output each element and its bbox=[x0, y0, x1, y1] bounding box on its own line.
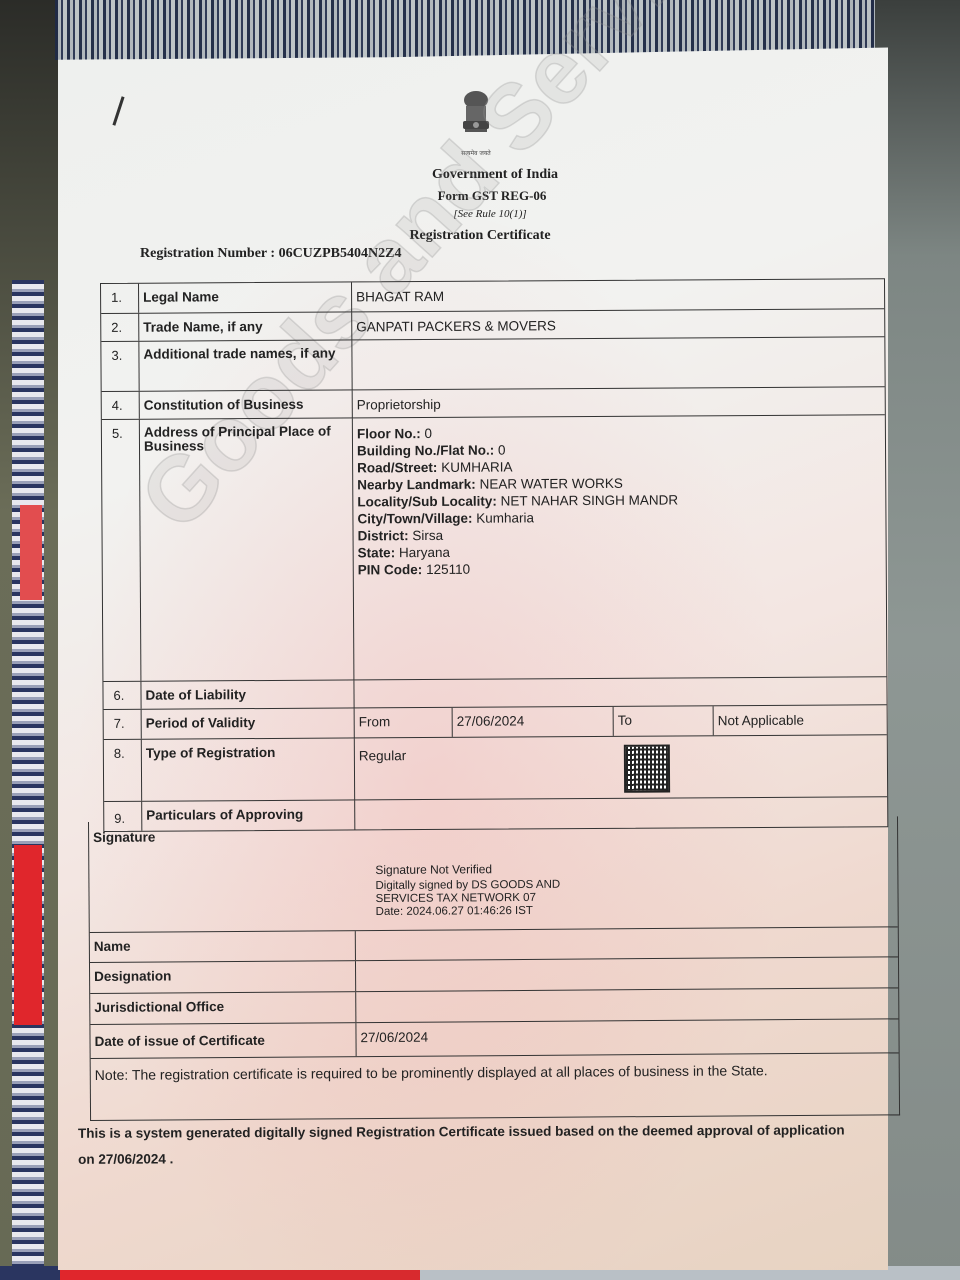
system-generated-notice: This is a system generated digitally sig… bbox=[78, 1117, 918, 1173]
row-label: Trade Name, if any bbox=[139, 312, 352, 340]
registration-number-label: Registration Number : bbox=[140, 246, 275, 261]
digital-signature-block: Signature Not Verified Digitally signed … bbox=[375, 863, 560, 919]
registration-type-value: Regular bbox=[355, 735, 887, 799]
jurisdictional-office-value bbox=[356, 988, 898, 1022]
officer-label: Jurisdictional Office bbox=[90, 992, 356, 1024]
constitution-value: Proprietorship bbox=[353, 387, 885, 417]
officer-row: Designation bbox=[90, 956, 898, 993]
date-of-liability-value bbox=[354, 677, 886, 707]
signature-date: Date: 2024.06.27 01:46:26 IST bbox=[376, 905, 561, 919]
row-number: 8. bbox=[104, 740, 142, 801]
table-row: 5. Address of Principal Place of Busines… bbox=[102, 414, 887, 681]
background-printed-strip bbox=[12, 280, 44, 1280]
signed-by-line: SERVICES TAX NETWORK 07 bbox=[376, 892, 561, 906]
registration-number: Registration Number : 06CUZPB5404N2Z4 bbox=[140, 246, 401, 262]
form-name: Form GST REG-06 bbox=[12, 188, 960, 204]
issue-date-value: 27/06/2024 bbox=[356, 1019, 898, 1056]
legal-name-value: BHAGAT RAM bbox=[352, 279, 884, 311]
row-number: 3. bbox=[101, 342, 139, 391]
validity-to-label: To bbox=[614, 706, 714, 736]
table-row: 1. Legal Name BHAGAT RAM bbox=[101, 279, 884, 313]
government-heading: Government of India bbox=[15, 167, 960, 183]
signed-by-line: Digitally signed by DS GOODS AND bbox=[375, 879, 560, 893]
row-number: 5. bbox=[102, 420, 142, 681]
table-row: 3. Additional trade names, if any bbox=[101, 336, 884, 391]
display-note: Note: The registration certificate is re… bbox=[91, 1053, 899, 1120]
row-number: 6. bbox=[103, 682, 141, 709]
row-label: Period of Validity bbox=[142, 708, 355, 738]
officer-label: Date of issue of Certificate bbox=[90, 1023, 356, 1058]
address-value: Floor No.: 0 Building No./Flat No.: 0 Ro… bbox=[353, 415, 887, 679]
notice-line: This is a system generated digitally sig… bbox=[78, 1117, 918, 1147]
background-red-patch bbox=[20, 505, 42, 600]
additional-trade-names-value bbox=[352, 337, 884, 389]
background-red-patch bbox=[14, 845, 42, 1025]
officer-name-value bbox=[356, 927, 898, 960]
national-emblem: सत्यमेव जयते bbox=[446, 88, 506, 158]
officer-label: Designation bbox=[90, 961, 356, 993]
row-label: Type of Registration bbox=[142, 738, 355, 800]
ashoka-lion-emblem-icon bbox=[456, 88, 496, 144]
row-number: 2. bbox=[101, 314, 139, 341]
table-row: 4. Constitution of Business Proprietorsh… bbox=[102, 386, 885, 419]
table-row: 2. Trade Name, if any GANPATI PACKERS & … bbox=[101, 308, 884, 341]
signature-table: Signature Signature Not Verified Digital… bbox=[88, 816, 900, 1121]
officer-row: Jurisdictional Office bbox=[90, 987, 898, 1024]
trade-name-value: GANPATI PACKERS & MOVERS bbox=[352, 309, 884, 339]
qr-code-icon bbox=[624, 745, 670, 793]
signature-status: Signature Not Verified bbox=[375, 863, 560, 877]
certificate-table: 1. Legal Name BHAGAT RAM 2. Trade Name, … bbox=[100, 278, 888, 832]
row-label: Constitution of Business bbox=[140, 390, 353, 418]
signature-row: Signature Signature Not Verified Digital… bbox=[89, 816, 898, 932]
address-line: PIN Code: 125110 bbox=[358, 558, 882, 578]
row-label: Legal Name bbox=[139, 282, 352, 312]
row-label: Date of Liability bbox=[141, 680, 354, 708]
row-number: 1. bbox=[101, 284, 139, 313]
row-number: 4. bbox=[102, 392, 140, 419]
note-row: Note: The registration certificate is re… bbox=[91, 1052, 899, 1120]
row-label: Additional trade names, if any bbox=[139, 340, 352, 390]
row-label: Address of Principal Place of Business bbox=[140, 418, 355, 680]
officer-label: Name bbox=[90, 931, 356, 962]
table-row: 7. Period of Validity From 27/06/2024 To… bbox=[104, 704, 887, 739]
designation-value bbox=[356, 957, 898, 991]
signature-label: Signature bbox=[89, 821, 290, 932]
certificate-title: Registration Certificate bbox=[0, 228, 960, 244]
notice-line: on 27/06/2024 . bbox=[78, 1143, 918, 1173]
validity-to-value: Not Applicable bbox=[714, 705, 887, 735]
row-number: 7. bbox=[104, 710, 142, 739]
officer-row: Name bbox=[90, 926, 898, 962]
rule-reference: [See Rule 10(1)] bbox=[10, 208, 960, 220]
registration-number-value: 06CUZPB5404N2Z4 bbox=[279, 246, 402, 261]
validity-from-date: 27/06/2024 bbox=[453, 707, 614, 737]
table-row: 8. Type of Registration Regular bbox=[104, 734, 887, 801]
officer-row: Date of issue of Certificate 27/06/2024 bbox=[90, 1018, 898, 1058]
emblem-caption: सत्यमेव जयते bbox=[446, 149, 506, 157]
table-row: 6. Date of Liability bbox=[103, 676, 886, 709]
validity-from-label: From bbox=[355, 708, 453, 738]
